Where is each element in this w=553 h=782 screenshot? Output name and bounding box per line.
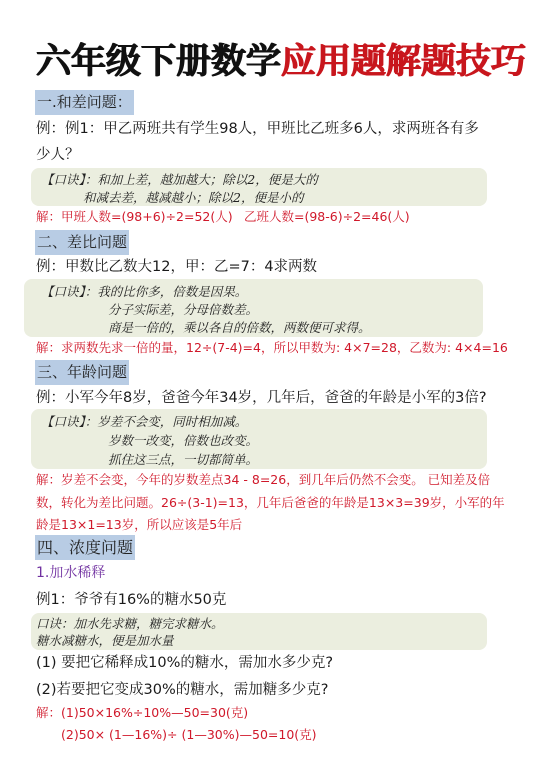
section-heading-difference-ratio: 二、差比问题 <box>35 230 129 255</box>
mnemonic-line: 分子实际差，分母倍数差。 <box>108 300 258 318</box>
question-text: (2)若要把它变成30%的糖水，需加糖多少克? <box>36 680 328 700</box>
solution-text: 解：甲班人数=(98+6)÷2=52(人) <box>36 208 233 226</box>
example-text: 例：甲数比乙数大12，甲：乙=7：4求两数 <box>36 257 317 277</box>
solution-text: (2)50× (1—16%)÷ (1—30%)—50=10(克) <box>61 726 317 744</box>
example-text: 例：例1：甲乙两班共有学生98人，甲班比乙班多6人，求两班各有多 <box>36 119 479 139</box>
example-text: 例：小军今年8岁，爸爸今年34岁，几年后，爸爸的年龄是小军的3倍? <box>36 388 487 408</box>
subheading-dilution: 1.加水稀释 <box>36 563 105 583</box>
title-part-black: 六年级下册数学 <box>36 41 281 82</box>
question-text: (1) 要把它稀释成10%的糖水，需加水多少克? <box>36 653 333 673</box>
title-part-red: 应用题解题技巧 <box>281 41 526 82</box>
mnemonic-line: 【口诀】：和加上差，越加越大；除以2，便是大的 <box>41 170 318 188</box>
page-title: 六年级下册数学应用题解题技巧 <box>36 40 526 84</box>
section-heading-sum-difference: 一.和差问题： <box>35 90 134 115</box>
mnemonic-box: 【口诀】：岁差不会变，同时相加减。 岁数一改变，倍数也改变。 抓住这三点，一切都… <box>31 409 487 469</box>
solution-text: 解：求两数先求一倍的量，12÷(7-4)=4，所以甲数为: 4×7=28，乙数为… <box>36 339 508 357</box>
solution-text: 数，转化为差比问题。26÷(3-1)=13，几年后爸爸的年龄是13×3=39岁，… <box>36 494 505 512</box>
solution-text: 解：(1)50×16%÷10%—50=30(克) <box>36 704 248 722</box>
mnemonic-line: 【口诀】：我的比你多，倍数是因果。 <box>41 282 247 300</box>
solution-text: 解：岁差不会变，今年的岁数差点34 - 8=26，到几年后仍然不会变。 已知差及… <box>36 471 490 489</box>
section-heading-concentration: 四、浓度问题 <box>35 535 135 560</box>
mnemonic-box: 【口诀】：我的比你多，倍数是因果。 分子实际差，分母倍数差。 商是一倍的，乘以各… <box>24 279 483 337</box>
solution-text: 龄是13×1=13岁，所以应该是5年后 <box>36 516 242 534</box>
mnemonic-box: 口诀：加水先求糖，糖完求糖水。 糖水减糖水，便是加水量 <box>31 613 487 650</box>
mnemonic-line: 岁数一改变，倍数也改变。 <box>108 431 258 449</box>
solution-text: 乙班人数=(98-6)÷2=46(人) <box>244 208 410 226</box>
mnemonic-line: 商是一倍的，乘以各自的倍数，两数便可求得。 <box>108 318 371 336</box>
mnemonic-line: 口诀：加水先求糖，糖完求糖水。 <box>36 614 224 632</box>
mnemonic-line: 【口诀】：岁差不会变，同时相加减。 <box>41 412 247 430</box>
mnemonic-line: 和减去差，越减越小；除以2，便是小的 <box>83 188 303 206</box>
example-text: 少人？ <box>36 145 80 165</box>
example-text: 例1：爷爷有16%的糖水50克 <box>36 590 226 610</box>
mnemonic-line: 抓住这三点，一切都简单。 <box>108 450 258 468</box>
mnemonic-box: 【口诀】：和加上差，越加越大；除以2，便是大的 和减去差，越减越小；除以2，便是… <box>31 168 487 206</box>
document-page: 六年级下册数学应用题解题技巧 一.和差问题： 例：例1：甲乙两班共有学生98人，… <box>0 0 553 782</box>
mnemonic-line: 糖水减糖水，便是加水量 <box>36 631 174 649</box>
section-heading-age: 三、年龄问题 <box>35 360 129 385</box>
